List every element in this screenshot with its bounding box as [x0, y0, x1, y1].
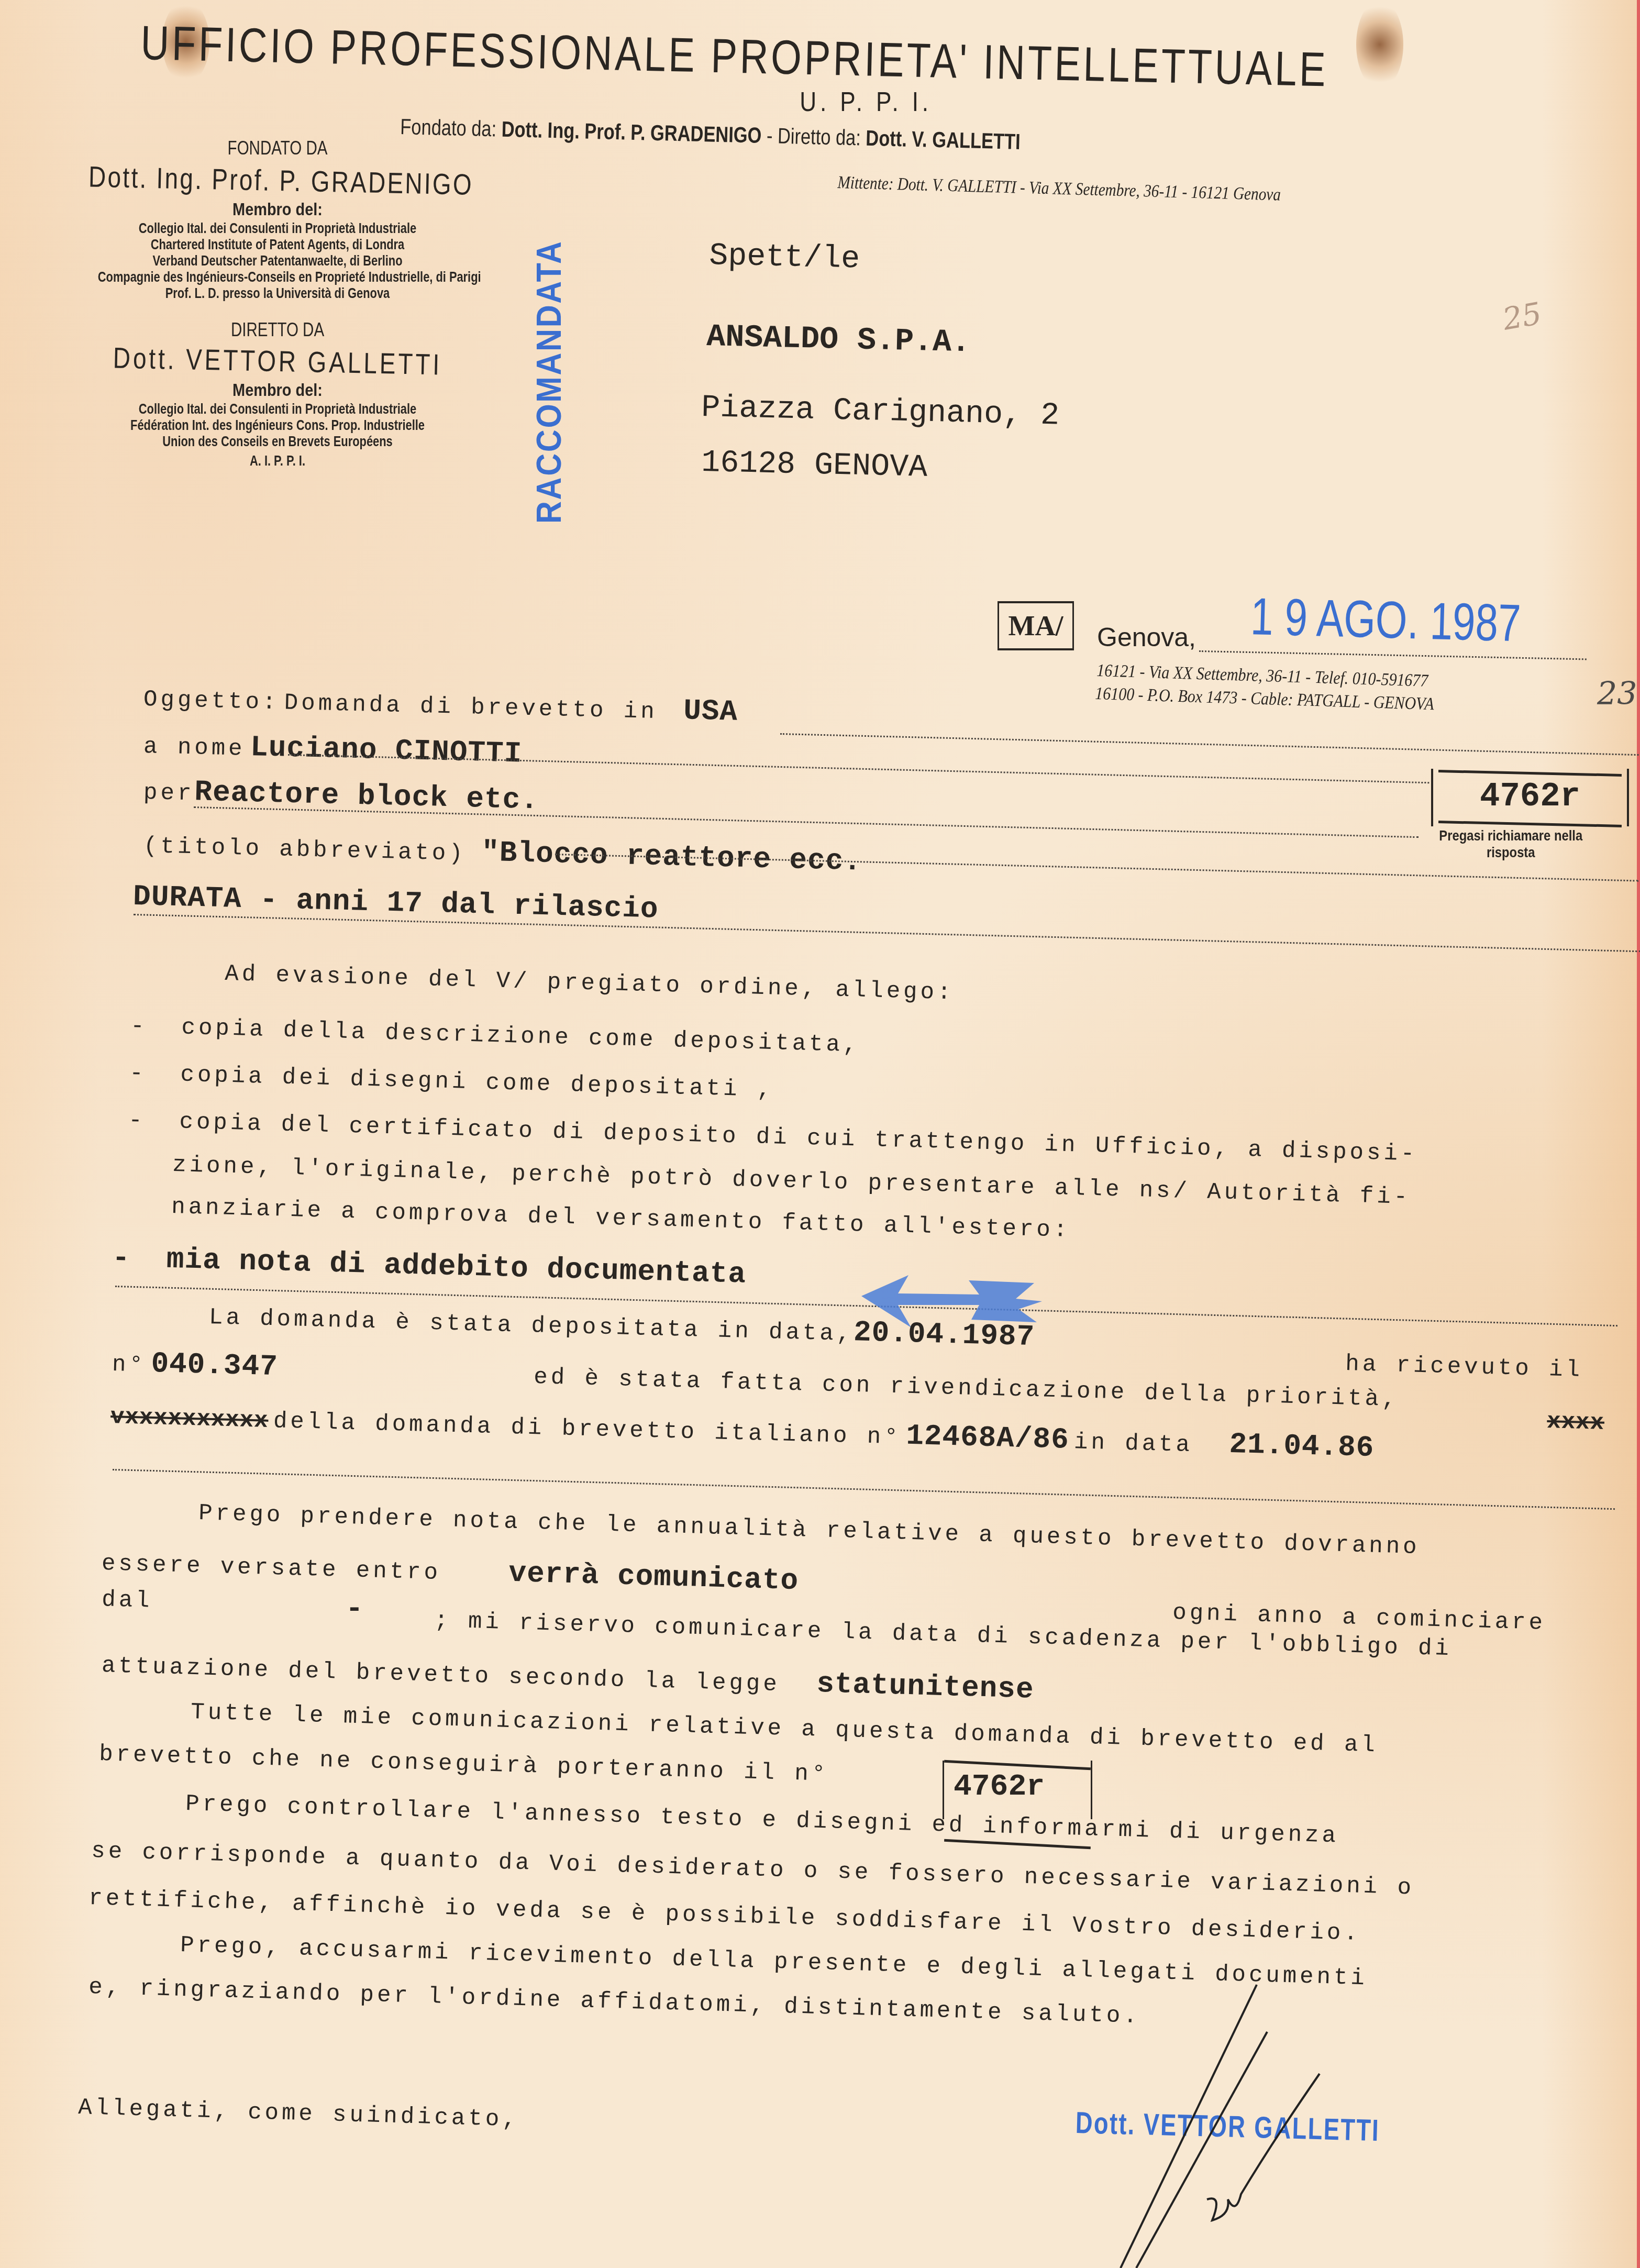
comms-reference: 4762r: [954, 1770, 1045, 1804]
founded-name: Dott. Ing. Prof. P. GRADENIGO: [501, 117, 762, 148]
struck-text: xxxx: [1547, 1409, 1605, 1436]
annuity-line: essere versate entro verrà comunicato: [101, 1545, 799, 1598]
subject-country: USA: [683, 694, 738, 729]
body-intro: Ad evasione del V/ pregiato ordine, alle…: [225, 961, 955, 1006]
recipient-company: ANSALDO S.P.A.: [706, 319, 971, 361]
membership: Compagnie des Ingénieurs-Conseils en Pro…: [98, 269, 457, 285]
reference-box: 4762r: [1431, 769, 1629, 826]
directed-label: DIRETTO DA: [88, 319, 467, 341]
annuity-text: Prego prendere nota che le annualità rel…: [198, 1500, 1421, 1561]
directed-name: Dott. V. GALLETTI: [866, 126, 1021, 154]
recipient-city: 16128 GENOVA: [701, 445, 928, 486]
attachment-item: - mia nota di addebito documentata: [112, 1241, 746, 1291]
membership: A. I. P. P. I.: [98, 452, 457, 469]
annuity-from: dal: [102, 1587, 153, 1614]
pencil-annotation: 23: [1597, 676, 1637, 712]
received-text: ha ricevuto il: [1345, 1351, 1583, 1384]
annuity-value: verrà comunicato: [508, 1556, 799, 1598]
reference-box-inline: 4762r: [943, 1761, 1092, 1819]
closing-text: e, ringraziando per l'ordine affidatomi,…: [88, 1974, 1141, 2030]
short-title-label: (titolo abbreviato): [143, 833, 467, 867]
attachment-item: - copia dei disegni come depositati ,: [129, 1060, 774, 1103]
enclosures: Allegati, come suindicato,: [78, 2095, 520, 2133]
italian-app-text: della domanda di brevetto italiano n°: [273, 1408, 901, 1451]
duration-line: DURATA - anni 17 dal rilascio: [132, 880, 659, 926]
ref-initials-box: MA/: [998, 601, 1074, 650]
membership: Fédération Int. des Ingénieurs Cons. Pro…: [98, 417, 457, 433]
page-edge: [1637, 0, 1640, 2268]
subject-label: Oggetto:: [143, 687, 280, 716]
pencil-annotation: 25: [1500, 295, 1544, 337]
duration: DURATA - anni 17 dal rilascio: [132, 880, 659, 926]
recipient-salutation: Spett/le: [708, 238, 860, 278]
membership: Collegio Ital. dei Consulenti in Proprie…: [98, 401, 457, 417]
registered-stamp: RACCOMANDATA: [529, 240, 569, 524]
annuity-dash: -: [346, 1592, 364, 1625]
number-line: n° 040.347: [112, 1346, 278, 1384]
burn-mark: [1356, 0, 1403, 89]
applicant-name: Luciano CINOTTI: [250, 731, 523, 771]
filing-text: La domanda è stata depositata in data: [208, 1304, 837, 1347]
sender-line: Mittente: Dott. V. GALLETTI - Via XX Set…: [837, 173, 1281, 205]
attachment-item: - copia della descrizione come depositat…: [130, 1013, 860, 1058]
filing-date: 20.04.1987: [853, 1315, 1035, 1354]
membership: Chartered Institute of Patent Agents, di…: [98, 236, 457, 252]
date-dotted-line: [1199, 650, 1587, 660]
recipient-street: Piazza Carignano, 2: [701, 390, 1059, 434]
dotted-line: [780, 733, 1639, 756]
subject-application: Domanda di brevetto in: [284, 690, 658, 725]
director-name: Dott. VETTOR GALLETTI: [88, 340, 467, 382]
membership: Verband Deutscher Patentanwaelte, di Ber…: [98, 252, 457, 269]
directed-prefix: - Diretto da:: [766, 123, 861, 150]
application-number: 040.347: [151, 1347, 279, 1384]
law-value: statunitense: [816, 1667, 1034, 1707]
annuity-text: essere versate entro: [101, 1551, 441, 1586]
founder-name: Dott. Ing. Prof. P. GRADENIGO: [88, 159, 467, 201]
number-label: n°: [112, 1352, 146, 1379]
comms-text: brevetto che ne conseguirà porteranno il…: [99, 1741, 829, 1788]
priority-text: ed è stata fatta con rivendicazione dell…: [534, 1364, 1399, 1413]
law-line: attuazione del brevetto secondo la legge…: [101, 1647, 1034, 1707]
member-label: Membro del:: [82, 380, 473, 401]
for-label: per: [143, 780, 195, 807]
reference-caption: Pregasi richiamare nella risposta: [1437, 827, 1584, 861]
italian-app-date: 21.04.86: [1229, 1428, 1375, 1465]
founded-label: FONDATO DA: [88, 137, 467, 159]
name-label: a nome: [143, 734, 246, 762]
attachment-text: mia nota di addebito documentata: [166, 1243, 747, 1291]
handwritten-signature-icon: [1100, 1969, 1393, 2268]
dotted-line: [134, 914, 1640, 952]
membership: Collegio Ital. dei Consulenti in Proprie…: [98, 220, 457, 236]
attachment-continued: nanziarie a comprova del versamento fatt…: [171, 1194, 1071, 1244]
subject-line: Oggetto: Domanda di brevetto in USA: [143, 681, 738, 729]
membership: Prof. L. D. presso la Università di Geno…: [98, 285, 457, 301]
letterhead-left-column: FONDATO DA Dott. Ing. Prof. P. GRADENIGO…: [47, 137, 508, 469]
check-text: Prego controllare l'annesso testo e dise…: [185, 1791, 1339, 1850]
letterhead-acronym: U. P. P. I.: [800, 86, 932, 118]
member-label: Membro del:: [82, 200, 473, 220]
letterhead-title: UFFICIO PROFESSIONALE PROPRIETA' INTELLE…: [140, 16, 1329, 97]
reference-number: 4762r: [1433, 778, 1627, 816]
dotted-line: [113, 1469, 1615, 1510]
margin-text: e ¡ messo.: [0, 1026, 1, 1133]
attachment-text: copia dei disegni come depositati ,: [180, 1062, 774, 1104]
membership: Union des Conseils en Brevets Européens: [98, 433, 457, 449]
struck-text: vxxxxxxxxxx: [110, 1404, 269, 1434]
applicant-line: a nome Luciano CINOTTI: [143, 728, 522, 771]
italian-app-number: 12468A/86: [905, 1419, 1069, 1457]
in-data-label: in data: [1073, 1429, 1193, 1458]
short-title-line: (titolo abbreviato) "Blocco reattore ecc…: [143, 827, 862, 879]
italian-app-line: vxxxxxxxxxx della domanda di brevetto it…: [110, 1398, 1375, 1465]
attachment-text: copia della descrizione come depositata,: [181, 1015, 860, 1059]
place-label: Genova,: [1097, 622, 1196, 652]
date-stamp: 1 9 AGO. 1987: [1250, 587, 1522, 654]
annuity-text: attuazione del brevetto secondo la legge: [101, 1653, 780, 1698]
